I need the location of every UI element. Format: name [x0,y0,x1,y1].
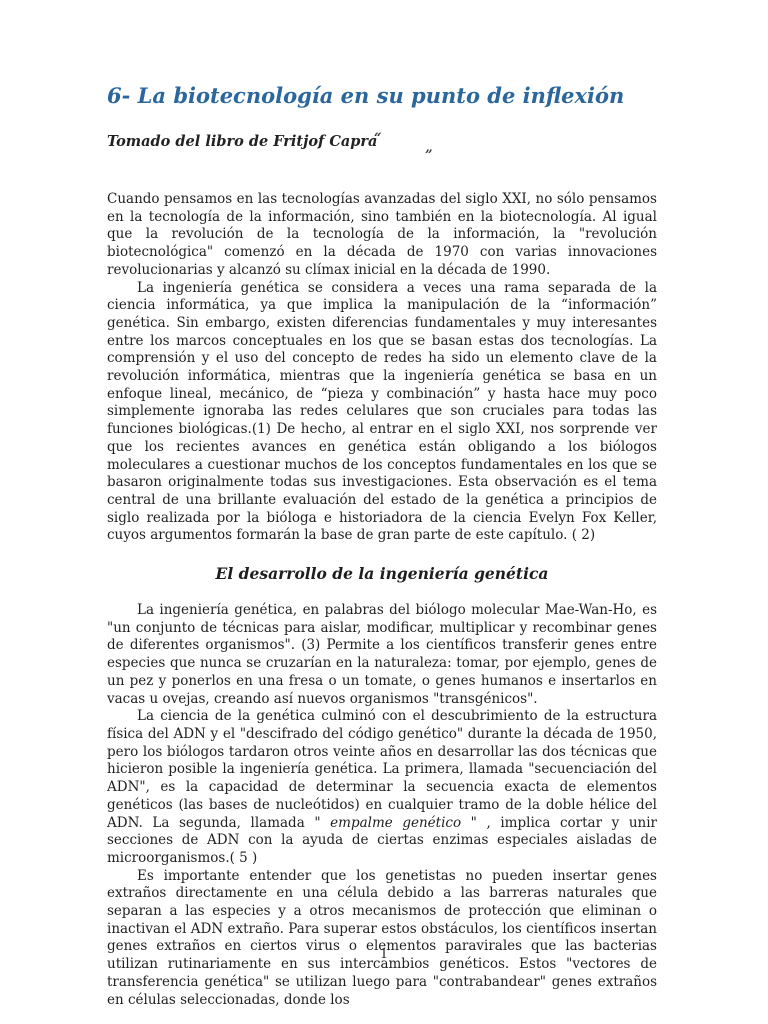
source-line: Tomado del libro de Fritjof Capra [107,133,377,150]
paragraph-definition: La ingeniería genética, en palabras del … [107,602,657,708]
page-number: 1 [0,947,768,962]
section-heading: El desarrollo de la ingeniería genética [107,565,657,583]
close-quote-mark: ” [425,147,432,165]
paragraph-dna-techniques-text: La ciencia de la genética culminó con el… [107,708,657,830]
document-title: 6- La biotecnología en su punto de infle… [107,83,657,109]
paragraph-intro: Cuando pensamos en las tecnologías avanz… [107,191,657,280]
paragraph-genetic-engineering: La ingeniería genética se considera a ve… [107,280,657,546]
paragraph-dna-techniques: La ciencia de la genética culminó con el… [107,708,657,867]
source-row: Tomado del libro de Fritjof Capra “ ” [107,133,657,170]
italic-term-empalme-genetico: empalme genético [330,815,461,831]
open-quote-mark: “ [374,130,381,148]
document-page: 6- La biotecnología en su punto de infle… [0,0,768,1024]
paragraph-gene-vectors: Es importante entender que los genetista… [107,868,657,1010]
